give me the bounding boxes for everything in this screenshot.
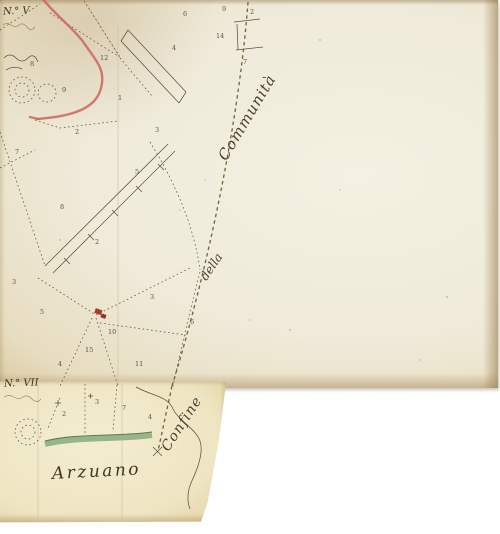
map-sheet-upper <box>0 0 498 388</box>
sheet-number-lower: N.° VII <box>4 377 39 389</box>
sheet-number-upper: N.° V <box>3 6 30 18</box>
scanned-map: N.° V N.° VII Communità della Confine Ar… <box>0 0 500 534</box>
